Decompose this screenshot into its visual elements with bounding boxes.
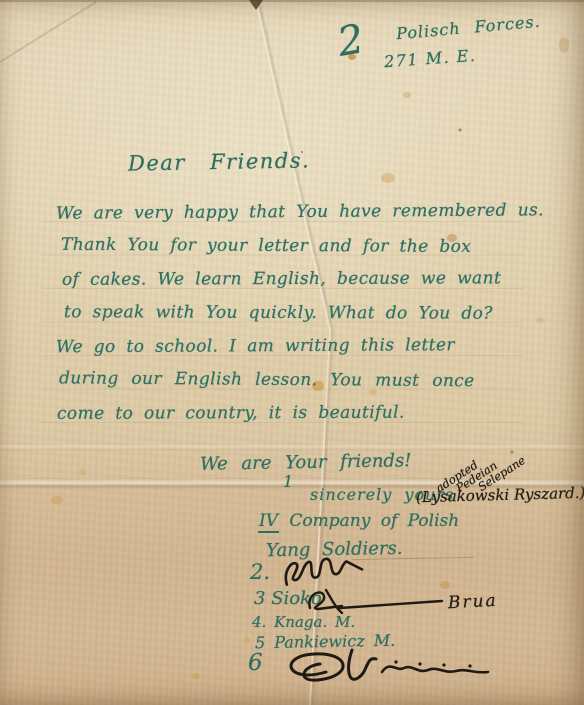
ink-signature-6 (264, 642, 504, 697)
signer-name-4: Knaga. M. (274, 613, 355, 631)
unit-numeral: IV (258, 511, 279, 533)
body-line: come to our country, it is beautiful. (52, 396, 544, 431)
closing-line: We are Your friends! (200, 450, 412, 475)
letterhead-unit: Polisch Forces. (395, 12, 541, 44)
body-line: Thank You for your letter and for the bo… (52, 228, 544, 264)
salutation: Dear Friends. (128, 148, 311, 175)
letter-scan: 2 Polisch Forces. 271 M. E. Dear Friends… (0, 0, 584, 705)
unit-name-line1: Company of Polish (289, 511, 459, 531)
body-line: to speak with You quickly. What do You d… (52, 296, 544, 331)
signer-number-4: 4. (252, 613, 266, 631)
signer-number-3: 3 (254, 588, 265, 609)
letter-body: We are very happy that You have remember… (52, 196, 544, 431)
signer-number-6: 6 (248, 650, 263, 676)
signer-number-2: 2. (250, 560, 270, 584)
body-line: We go to school. I am writing this lette… (52, 329, 544, 365)
body-line: during our English lesson. You must once (52, 362, 544, 399)
page-number: 2 (334, 16, 367, 66)
letterhead-address: 271 M. E. (383, 46, 477, 71)
body-line: We are very happy that You have remember… (52, 194, 544, 231)
body-line: of cakes. We learn English, because we w… (52, 262, 544, 297)
signoff-marker: 1 (283, 472, 293, 491)
ink-signature-3-name: Brua (448, 591, 499, 614)
